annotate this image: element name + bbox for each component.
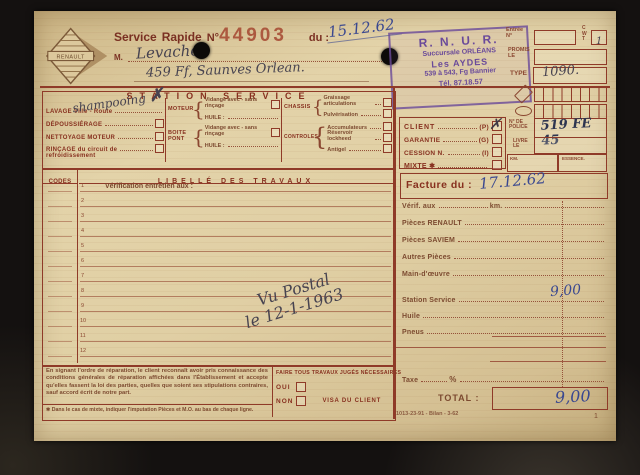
client-check-mark: ✗	[489, 115, 502, 133]
order-number: 44903	[219, 25, 287, 47]
antigel-row[interactable]: Antigel	[327, 142, 392, 153]
codes-dash[interactable]	[48, 281, 72, 282]
promis-label: PROMISLE	[508, 48, 530, 60]
km-label: KM.	[510, 156, 518, 161]
work-row-line[interactable]	[80, 206, 391, 207]
work-row-line[interactable]	[80, 251, 391, 252]
lavage-check-mark: ✗	[148, 85, 165, 107]
invoice-line-pneus[interactable]: Pneus	[402, 325, 606, 336]
station-middle-column: MOTEUR { Vidange avec - sans rinçage HUI…	[168, 97, 280, 149]
work-row-line[interactable]	[80, 236, 391, 237]
dark-background: RENAULT Service Rapide N° 44903 du : 15.…	[0, 0, 640, 475]
type-field[interactable]: 1090.	[533, 67, 607, 84]
boite-huile-row[interactable]: HUILE :	[205, 137, 280, 149]
work-row-line[interactable]	[80, 221, 391, 222]
invoice-line-autres-pieces[interactable]: Autres Pièces	[402, 250, 606, 261]
handwritten-client-name: Levache	[136, 41, 200, 62]
moteur-brace: {	[192, 97, 205, 121]
antigel-checkbox[interactable]	[383, 144, 392, 153]
boite-pont-label: BOITE PONT	[168, 131, 192, 143]
cwt-handwritten-mark: 1	[596, 36, 602, 47]
invoice-panel-divider	[393, 87, 395, 419]
pulverisation-row[interactable]: Pulvérisation	[323, 107, 392, 118]
libelle-header: LIBELLÉ DES TRAVAUX	[79, 170, 393, 184]
legal-footnote: ✱ Dans le cas de mixte, indiquer l'imput…	[46, 407, 268, 413]
codes-dash[interactable]	[48, 206, 72, 207]
bottom-band: En signant l'ordre de réparation, le cli…	[42, 365, 396, 421]
non-row[interactable]: NON VISA DU CLIENT	[276, 396, 392, 406]
rincage-label-2: refroidissement	[46, 153, 164, 159]
row-number: 3	[81, 213, 84, 219]
codes-dash[interactable]	[48, 326, 72, 327]
renault-brand-text: RENAULT	[57, 54, 86, 60]
cwt-label: C W T	[582, 26, 587, 43]
diamond-grid-field[interactable]	[534, 87, 607, 102]
depoussierage-row[interactable]: DÉPOUSSIÉRAGE	[46, 115, 164, 128]
oval-symbol-icon	[515, 106, 532, 116]
police-number-label: N° DEPOLICE	[509, 120, 528, 131]
billing-type-box: CLIENT (P) ✗ GARANTIE (G) CESSION N. (I)…	[399, 117, 506, 169]
codes-dash[interactable]	[48, 251, 72, 252]
depoussierage-checkbox[interactable]	[155, 119, 164, 128]
non-checkbox[interactable]	[296, 396, 306, 406]
codes-column-divider	[77, 170, 78, 363]
invoice-header-box: Facture du : 17.12.62	[400, 173, 608, 199]
livre-field[interactable]	[534, 137, 607, 154]
codes-dash[interactable]	[48, 221, 72, 222]
nettoyage-checkbox[interactable]	[155, 132, 164, 141]
billing-row-cession[interactable]: CESSION N. (I)	[400, 144, 505, 157]
page-number: 1	[594, 413, 598, 420]
entree-field[interactable]	[534, 30, 576, 45]
handwritten-total: 9,00	[555, 386, 592, 407]
billing-row-mixte[interactable]: MIXTE ✱	[400, 157, 505, 170]
work-row-line[interactable]	[80, 281, 391, 282]
codes-dash[interactable]	[48, 266, 72, 267]
number-label: N°	[207, 32, 219, 44]
row-number: 12	[80, 348, 86, 354]
rincage-checkbox[interactable]	[155, 144, 164, 153]
handwritten-client-address: 459 Ff, Saunves Orlean.	[146, 60, 305, 81]
chassis-label: CHASSIS	[284, 104, 312, 110]
oui-row[interactable]: OUI	[276, 382, 392, 392]
station-divider-1	[165, 98, 166, 162]
invoice-line-verif[interactable]: Vérif. aux km.	[402, 199, 606, 210]
station-left-column: LAVAGE Ville - Route DÉPOUSSIÉRAGE NETTO…	[46, 102, 164, 159]
work-row-line[interactable]	[80, 341, 391, 342]
codes-dash[interactable]	[48, 341, 72, 342]
station-right-column: CHASSIS { Graissage articulations Pulvér…	[284, 96, 392, 153]
rincage-row[interactable]: RINÇAGE du circuit de	[46, 141, 164, 153]
invoice-line-taxe[interactable]: Taxe %	[402, 373, 606, 384]
row-number: 9	[81, 303, 84, 309]
row-number: 11	[80, 333, 86, 339]
billing-row-client[interactable]: CLIENT (P) ✗	[400, 118, 505, 131]
boite-vidange-checkbox[interactable]	[271, 128, 280, 137]
cwt-field[interactable]: 1	[591, 30, 607, 45]
title-service: Service	[114, 30, 157, 44]
handwritten-station-amount: 9,00	[549, 282, 581, 300]
subtotal-line-1	[492, 336, 606, 337]
essence-field[interactable]: ESSENCE.	[558, 154, 607, 172]
work-row-line[interactable]	[80, 266, 391, 267]
client-checkbox[interactable]: ✗	[492, 121, 502, 131]
controles-label: CONTROLES	[284, 134, 312, 140]
visa-box: FAIRE TOUS TRAVAUX JUGÉS NÉCESSAIRES OUI…	[276, 370, 392, 406]
total-label: TOTAL :	[438, 393, 480, 403]
police-number-field[interactable]: 519 FE 45	[534, 118, 607, 138]
legal-divider	[43, 404, 272, 405]
work-row-line[interactable]	[80, 356, 391, 357]
row-number: 8	[81, 288, 84, 294]
row-number: 4	[81, 228, 84, 234]
station-service-section: STATION SERVICE LAVAGE Ville - Route DÉP…	[42, 91, 396, 169]
visa-box-divider	[272, 366, 273, 417]
form-reference: 1013-23-91 - Bilan - 3-62	[396, 411, 458, 417]
handwritten-invoice-date: 17.12.62	[478, 169, 546, 193]
invoice-line-main-doeuvre[interactable]: Main-d'œuvre	[402, 267, 606, 278]
work-row-line[interactable]	[80, 296, 391, 297]
invoice-line-pieces-renault[interactable]: Pièces RENAULT	[402, 216, 606, 227]
chassis-brace: {	[312, 97, 323, 118]
renault-logo: RENAULT	[46, 25, 110, 87]
mixte-checkbox[interactable]	[492, 160, 502, 170]
codes-dash[interactable]	[48, 191, 72, 192]
oui-checkbox[interactable]	[296, 382, 306, 392]
row-number: 5	[81, 243, 84, 249]
legal-paragraph: En signant l'ordre de réparation, le cli…	[46, 368, 268, 398]
graissage-checkbox[interactable]	[383, 98, 392, 107]
work-row-line[interactable]	[80, 191, 391, 192]
reservoir-row[interactable]: Réservoir lockheed	[327, 131, 392, 142]
row-number: 7	[81, 273, 84, 279]
pulverisation-checkbox[interactable]	[383, 109, 392, 118]
total-box[interactable]: 9,00	[492, 387, 608, 410]
visa-client-label: VISA DU CLIENT	[322, 398, 381, 404]
codes-dash[interactable]	[48, 296, 72, 297]
client-name-label: M.	[114, 53, 123, 62]
handwritten-type: 1090.	[542, 63, 580, 81]
entree-label: EntréeN°	[506, 28, 523, 40]
codes-dash[interactable]	[48, 356, 72, 357]
work-row-1-text: Vérification entretien aux :	[105, 183, 193, 190]
row-number: 2	[81, 198, 84, 204]
punch-hole-left	[193, 42, 210, 59]
renault-diamond-icon: RENAULT	[46, 25, 110, 87]
subtotal-line-2	[396, 347, 606, 348]
nettoyage-row[interactable]: NETTOYAGE MOTEUR	[46, 128, 164, 141]
controles-brace: {	[312, 123, 327, 151]
service-form-document: RENAULT Service Rapide N° 44903 du : 15.…	[34, 11, 616, 441]
handwritten-postal-note: Vu Postal le 12-1-1963	[238, 268, 346, 333]
row-number: 10	[80, 318, 86, 324]
codes-dash[interactable]	[48, 236, 72, 237]
moteur-label: MOTEUR	[168, 106, 192, 112]
address-underline	[134, 81, 369, 82]
moteur-vidange-row[interactable]: Vidange avec - sans rinçage	[205, 97, 280, 109]
cession-checkbox[interactable]	[492, 147, 502, 157]
type-label: TYPE	[510, 70, 527, 77]
invoice-line-huile[interactable]: Huile	[402, 309, 606, 320]
row-number: 6	[81, 258, 84, 264]
accumulateurs-checkbox[interactable]	[383, 122, 392, 131]
boite-vidange-row[interactable]: Vidange avec - sans rinçage	[205, 125, 280, 137]
reservoir-checkbox[interactable]	[383, 133, 392, 142]
subtotal-line-3	[490, 361, 606, 362]
work-table: CODES LIBELLÉ DES TRAVAUX Vérification e…	[42, 169, 396, 367]
moteur-huile-row[interactable]: HUILE :	[205, 109, 280, 121]
work-row-line[interactable]	[80, 326, 391, 327]
essence-label: ESSENCE.	[562, 156, 585, 161]
garantie-checkbox[interactable]	[492, 134, 502, 144]
station-divider-2	[281, 98, 282, 162]
moteur-vidange-checkbox[interactable]	[271, 100, 280, 109]
row-number: 1	[81, 183, 84, 189]
codes-header: CODES	[43, 170, 77, 184]
graissage-row[interactable]: Graissage articulations	[323, 96, 392, 107]
boite-brace: {	[192, 125, 205, 149]
livre-label: LIVRELE	[513, 139, 528, 150]
codes-dash[interactable]	[48, 311, 72, 312]
invoice-title: Facture du :	[406, 179, 472, 191]
invoice-line-pieces-saviem[interactable]: Pièces SAVIEM	[402, 233, 606, 244]
visa-title: FAIRE TOUS TRAVAUX JUGÉS NÉCESSAIRES	[276, 370, 392, 376]
work-row-line[interactable]	[80, 311, 391, 312]
